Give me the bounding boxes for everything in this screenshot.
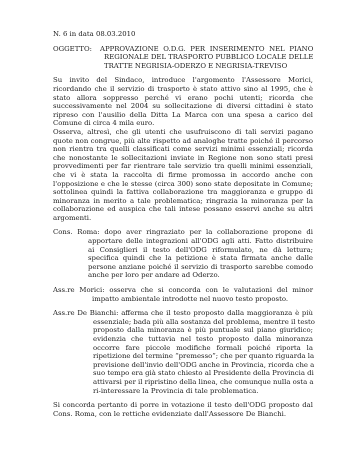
intervention-roma: Cons. Roma: dopo aver ringraziato per la… bbox=[53, 228, 313, 280]
text-line: non rientra tra quelli classificati come… bbox=[53, 145, 313, 154]
text-line: che vi è stata la raccolta di firme prom… bbox=[53, 171, 313, 180]
text-line: ri-interessare la Provincia di tale prob… bbox=[53, 387, 313, 396]
text-line: attivarsi per il ripristino della linea,… bbox=[53, 378, 313, 387]
text-line: ai Consiglieri il testo dell'ODG riformu… bbox=[53, 246, 313, 255]
text-line: Su invito del Sindaco, introduce l'argom… bbox=[53, 76, 313, 85]
text-line: l'opposizione e che le stesse (circa 300… bbox=[53, 180, 313, 189]
intervention-first-line: Ass.re De Bianchi: afferma che il testo … bbox=[53, 309, 313, 318]
subject-block: OGGETTO: APPROVAZIONE O.D.G. PER INSERIM… bbox=[53, 45, 313, 71]
document-number-date: N. 6 in data 08.03.2010 bbox=[53, 30, 313, 39]
speaker-name: Ass.re De Bianchi: bbox=[53, 309, 118, 317]
text-line: argomenti. bbox=[53, 214, 313, 223]
text-line: Cons. Roma, con le rettiche evidenziate … bbox=[53, 410, 313, 419]
text-line: ripreso con l'ausilio della Ditta La Mar… bbox=[53, 111, 313, 120]
text-line: impatto ambientale introdotte nel nuovo … bbox=[53, 295, 313, 304]
subject-text: APPROVAZIONE O.D.G. PER INSERIMENTO NEL … bbox=[100, 45, 313, 71]
text-line: Comune di circa 4 mila euro. bbox=[53, 119, 313, 128]
subject-line: REGIONALE DEL TRASPORTO PUBBLICO LOCALE … bbox=[100, 53, 313, 62]
text-line: provvedimenti per far rientrare tale ser… bbox=[53, 162, 313, 171]
text-line: proposto dalla minoranza è più puntuale … bbox=[53, 326, 313, 335]
intro-paragraph: Su invito del Sindaco, introduce l'argom… bbox=[53, 76, 313, 222]
intervention-text: afferma che il testo proposto dalla magg… bbox=[121, 309, 313, 317]
text-line: Osserva, altresì, che gli utenti che usu… bbox=[53, 128, 313, 137]
intervention-morici: Ass.re Morici: osserva che si concorda c… bbox=[53, 286, 313, 303]
text-line: ripetizione del termine “premesso”; che … bbox=[53, 352, 313, 361]
subject-label: OGGETTO: bbox=[53, 45, 100, 71]
text-line: collaborazione ed auspica che tali intes… bbox=[53, 205, 313, 214]
text-line: apportare delle integrazioni all'ODG agl… bbox=[53, 237, 313, 246]
intervention-first-line: Ass.re Morici: osserva che si concorda c… bbox=[53, 286, 313, 295]
text-line: minoranza in merito a tale problematica;… bbox=[53, 197, 313, 206]
text-line: successivamente nel 2004 su sollecitazio… bbox=[53, 102, 313, 111]
intervention-text: osserva che si concorda con le valutazio… bbox=[109, 286, 313, 294]
conclusion-paragraph: Si concorda pertanto di porre in votazio… bbox=[53, 401, 313, 418]
text-line: persone anziane poiché il servizio di tr… bbox=[53, 263, 313, 272]
text-line: ricordando che il servizio di trasporto … bbox=[53, 85, 313, 94]
text-line: essenziale; bada più alla sostanza del p… bbox=[53, 318, 313, 327]
subject-line: APPROVAZIONE O.D.G. PER INSERIMENTO NEL … bbox=[100, 45, 313, 54]
subject-line: TRATTE NEGRISIA-ODERZO E NEGRISIA-TREVIS… bbox=[100, 62, 313, 71]
text-line: sottolinea quindi la fattiva collaborazi… bbox=[53, 188, 313, 197]
text-line: specifica quindi che la petizione è stat… bbox=[53, 254, 313, 263]
intervention-first-line: Cons. Roma: dopo aver ringraziato per la… bbox=[53, 228, 313, 237]
intervention-de-bianchi: Ass.re De Bianchi: afferma che il testo … bbox=[53, 309, 313, 395]
text-line: evidenzia che tuttavia nel testo propost… bbox=[53, 335, 313, 344]
speaker-name: Cons. Roma: bbox=[53, 228, 100, 236]
text-line: suo tempo era già stato chiesto al Presi… bbox=[53, 369, 313, 378]
intervention-text: dopo aver ringraziato per la collaborazi… bbox=[104, 228, 313, 236]
text-line: che nonostante le sollecitazioni inviate… bbox=[53, 154, 313, 163]
text-line: quote non congrue, più alte rispetto ad … bbox=[53, 137, 313, 146]
speaker-name: Ass.re Morici: bbox=[53, 286, 105, 294]
text-line: occorre fare piccole modifiche formali p… bbox=[53, 344, 313, 353]
text-line: anche per loro per andare ad Oderzo. bbox=[53, 271, 313, 280]
text-line: stato allora soppresso perché vi erano p… bbox=[53, 94, 313, 103]
document-page: N. 6 in data 08.03.2010 OGGETTO: APPROVA… bbox=[53, 30, 313, 424]
text-line: Si concorda pertanto di porre in votazio… bbox=[53, 401, 313, 410]
